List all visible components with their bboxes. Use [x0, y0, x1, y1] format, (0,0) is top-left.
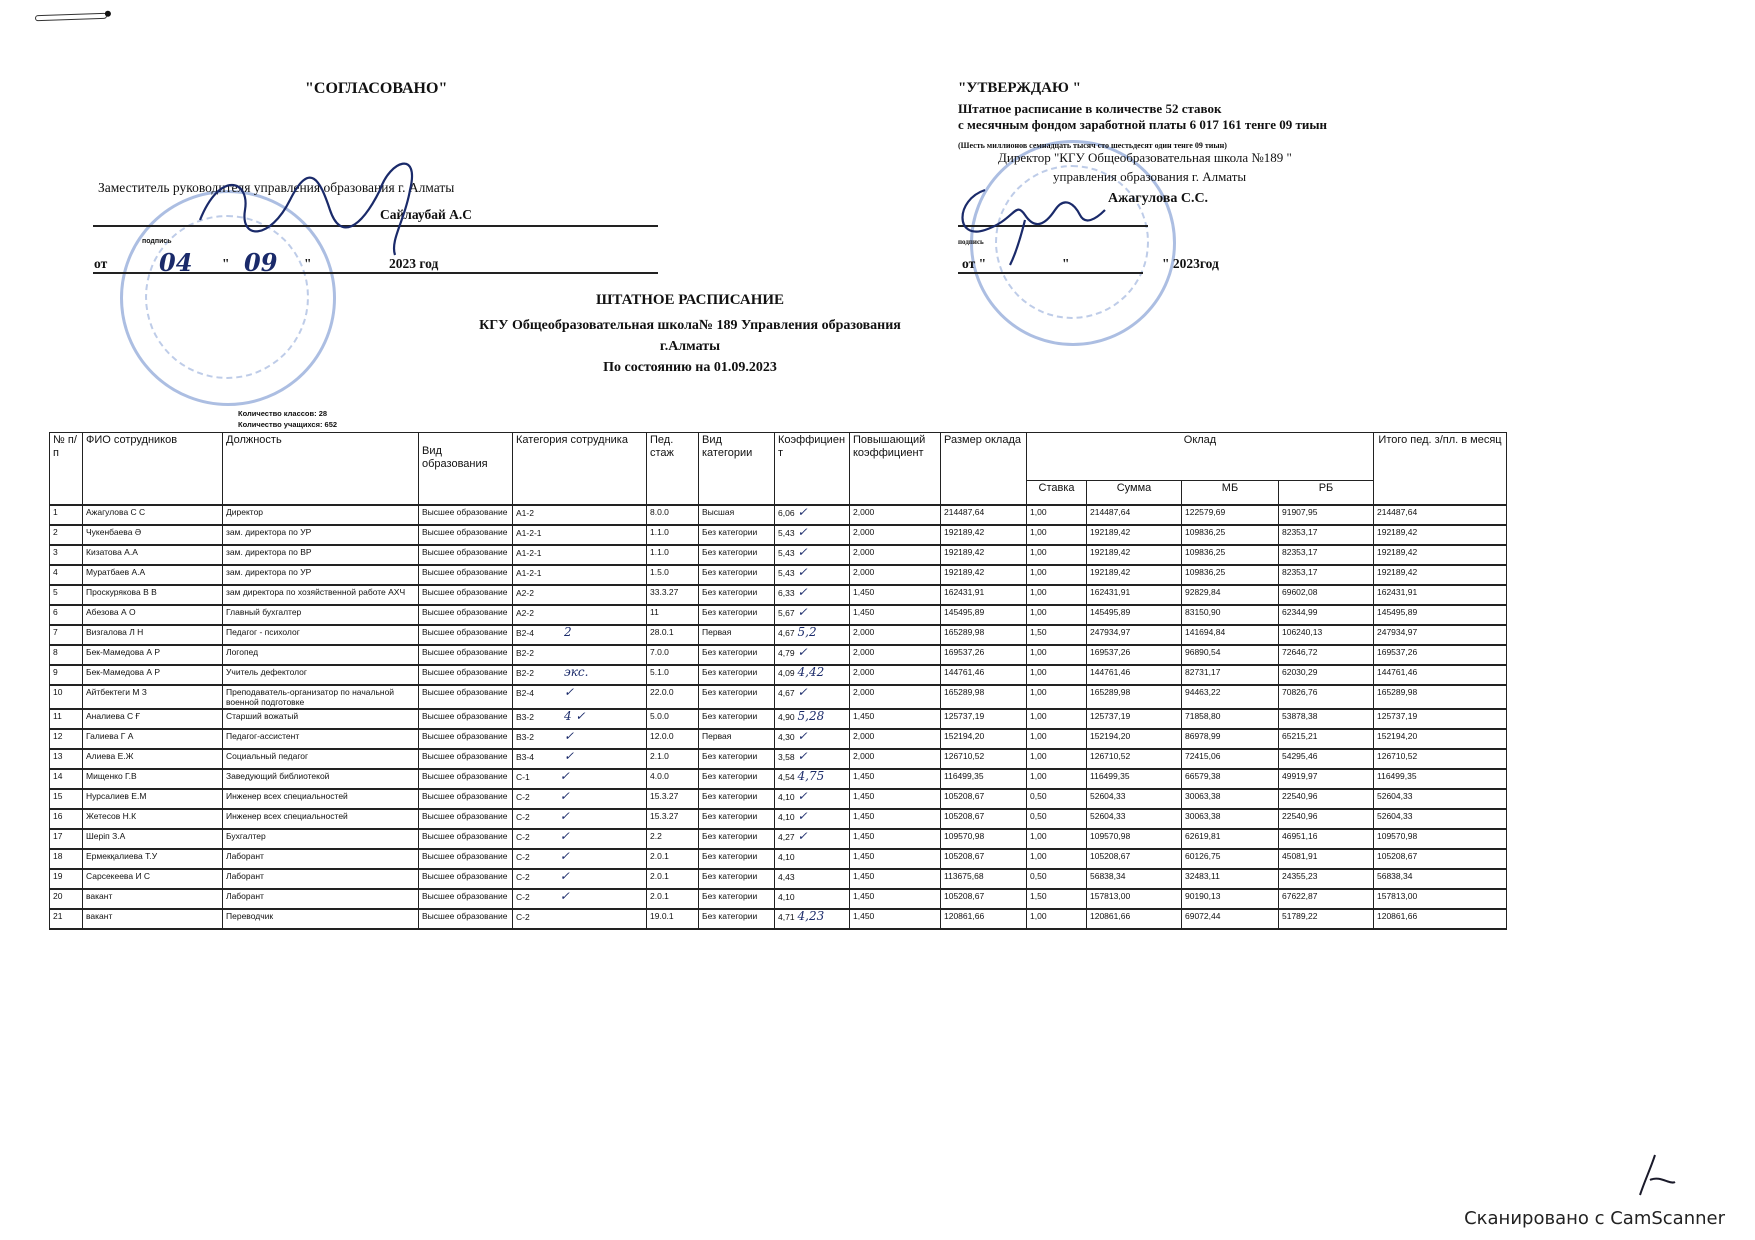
cell-name-value: Муратбаев А.А [86, 567, 145, 577]
cell-position: Педагог - психолог [223, 625, 419, 645]
cell-raise-value: 2,000 [853, 627, 874, 637]
cell-total: 52604,33 [1374, 789, 1507, 809]
cell-name-value: Аналиева С Ғ [86, 711, 140, 721]
cell-name-value: Бек-Мамедова А Р [86, 647, 160, 657]
cell-cat-value: В2-2 [516, 668, 534, 678]
cell-base-value: 169537,26 [944, 647, 984, 657]
approved-name: Ажагулова С.С. [1108, 191, 1327, 207]
cell-rate-value: 0,50 [1030, 811, 1047, 821]
cell-edu: Высшее образование [419, 505, 513, 525]
cell-cat-value: В3-2 [516, 732, 534, 742]
cell-total-value: 192189,42 [1377, 527, 1417, 537]
cell-raise-value: 1,450 [853, 911, 874, 921]
cell-name-value: Алиева Е.Ж [86, 751, 134, 761]
cell-cat-value: А1-2 [516, 508, 534, 518]
cell-base: 165289,98 [941, 685, 1027, 709]
cell-coef: 4,27✓ [775, 829, 850, 849]
cell-exp-value: 28.0.1 [650, 627, 674, 637]
cell-sum: 157813,00 [1087, 889, 1182, 909]
cell-coef-value: 6,06 [778, 508, 795, 518]
cell-name: Сарсекеева И С [83, 869, 223, 889]
agreed-sign-label: подпись [142, 238, 172, 245]
cell-edu-value: Высшее образование [422, 667, 507, 677]
cell-rb: 53878,38 [1279, 709, 1374, 729]
cell-rb-value: 53878,38 [1282, 711, 1317, 721]
cell-total-value: 152194,20 [1377, 731, 1417, 741]
cell-total-value: 109570,98 [1377, 831, 1417, 841]
cell-exp-value: 2.0.1 [650, 891, 669, 901]
cell-rb-value: 51789,22 [1282, 911, 1317, 921]
cell-raise-value: 2,000 [853, 527, 874, 537]
cell-base-value: 192189,42 [944, 567, 984, 577]
cell-rb: 54295,46 [1279, 749, 1374, 769]
cell-mb: 90190,13 [1182, 889, 1279, 909]
cell-coef-value: 4,10 [778, 852, 795, 862]
cell-total-value: 56838,34 [1377, 871, 1412, 881]
cell-cat-value: С-2 [516, 792, 530, 802]
cell-position: зам директора по хозяйственной работе АХ… [223, 585, 419, 605]
cell-edu-value: Высшее образование [422, 871, 507, 881]
camscanner-watermark: Сканировано с CamScanner [1464, 1208, 1725, 1229]
cell-exp: 2.0.1 [647, 889, 699, 909]
cell-sum: 52604,33 [1087, 809, 1182, 829]
cell-n: 17 [50, 829, 83, 849]
handwritten-note: ✓ [560, 769, 570, 783]
cell-exp: 1.1.0 [647, 525, 699, 545]
cell-n-value: 3 [53, 547, 58, 557]
cell-sum-value: 192189,42 [1090, 527, 1130, 537]
cell-base-value: 152194,20 [944, 731, 984, 741]
cell-cat: С-1✓ [513, 769, 647, 789]
cell-name: Ермекқалиева Т.У [83, 849, 223, 869]
cell-cat: С-2✓ [513, 809, 647, 829]
cell-coef-value: 6,33 [778, 588, 795, 598]
cell-name: Шерiп З.А [83, 829, 223, 849]
cell-coef: 6,33✓ [775, 585, 850, 605]
cell-exp-value: 19.0.1 [650, 911, 674, 921]
cell-cat-value: С-2 [516, 872, 530, 882]
cell-base-value: 192189,42 [944, 547, 984, 557]
cell-n: 18 [50, 849, 83, 869]
cell-exp-value: 4.0.0 [650, 771, 669, 781]
cell-cat_type: Высшая [699, 505, 775, 525]
cell-mb: 92829,84 [1182, 585, 1279, 605]
cell-base-value: 126710,52 [944, 751, 984, 761]
cell-edu: Высшее образование [419, 709, 513, 729]
cell-n: 13 [50, 749, 83, 769]
cell-n-value: 13 [53, 751, 62, 761]
cell-base: 162431,91 [941, 585, 1027, 605]
cell-name: Кизатова А.А [83, 545, 223, 565]
cell-position-value: Инженер всех специальностей [226, 811, 348, 821]
cell-sum-value: 105208,67 [1090, 851, 1130, 861]
cell-sum-value: 214487,64 [1090, 507, 1130, 517]
cell-cat_type-value: Без категории [702, 831, 757, 841]
cell-exp-value: 1.5.0 [650, 567, 669, 577]
cell-sum-value: 169537,26 [1090, 647, 1130, 657]
cell-base-value: 109570,98 [944, 831, 984, 841]
table-row: 1Ажагулова С СДиректорВысшее образование… [50, 505, 1507, 525]
cell-raise-value: 2,000 [853, 751, 874, 761]
table-row: 14Мищенко Г.ВЗаведующий библиотекойВысше… [50, 769, 1507, 789]
cell-n-value: 15 [53, 791, 62, 801]
cell-sum-value: 152194,20 [1090, 731, 1130, 741]
cell-edu-value: Высшее образование [422, 627, 507, 637]
cell-n-value: 17 [53, 831, 62, 841]
cell-n-value: 6 [53, 607, 58, 617]
approved-line4: Директор "КГУ Общеобразовательная школа … [998, 150, 1327, 166]
cell-name: Алиева Е.Ж [83, 749, 223, 769]
table-row: 13Алиева Е.ЖСоциальный педагогВысшее обр… [50, 749, 1507, 769]
cell-base-value: 192189,42 [944, 527, 984, 537]
cell-rb-value: 62030,29 [1282, 667, 1317, 677]
cell-raise-value: 2,000 [853, 667, 874, 677]
cell-exp: 7.0.0 [647, 645, 699, 665]
handwritten-note: 2 [564, 625, 572, 639]
cell-rb: 62344,99 [1279, 605, 1374, 625]
cell-total-value: 52604,33 [1377, 791, 1412, 801]
cell-raise-value: 2,000 [853, 647, 874, 657]
cell-n: 19 [50, 869, 83, 889]
cell-sum-value: 192189,42 [1090, 567, 1130, 577]
cell-name-value: Проскурякова В В [86, 587, 157, 597]
handwritten-note: ✓ [798, 545, 808, 559]
header-raise-coef: Повышающий коэффициент [850, 433, 941, 505]
cell-exp: 28.0.1 [647, 625, 699, 645]
cell-sum: 145495,89 [1087, 605, 1182, 625]
cell-total-value: 120861,66 [1377, 911, 1417, 921]
cell-cat_type: Без категории [699, 545, 775, 565]
cell-name: Айтбектеги М З [83, 685, 223, 709]
cell-cat-value: А1-2-1 [516, 568, 542, 578]
cell-exp-value: 5.1.0 [650, 667, 669, 677]
cell-position: зам. директора по ВР [223, 545, 419, 565]
cell-position: Преподаватель-организатор по начальной в… [223, 685, 419, 709]
cell-total-value: 52604,33 [1377, 811, 1412, 821]
cell-edu: Высшее образование [419, 605, 513, 625]
cell-cat_type-value: Без категории [702, 587, 757, 597]
cell-n-value: 16 [53, 811, 62, 821]
staff-table-body: 1Ажагулова С СДиректорВысшее образование… [50, 505, 1507, 929]
approved-date: от " " " 2023год [962, 256, 1292, 272]
cell-position-value: Бухгалтер [226, 831, 266, 841]
cell-mb: 72415,06 [1182, 749, 1279, 769]
cell-cat: А1-2 [513, 505, 647, 525]
cell-n: 5 [50, 585, 83, 605]
cell-cat: В2-2 [513, 645, 647, 665]
cell-sum-value: 144761,46 [1090, 667, 1130, 677]
cell-n-value: 9 [53, 667, 58, 677]
cell-coef-value: 4,71 [778, 912, 795, 922]
cell-n-value: 5 [53, 587, 58, 597]
cell-base-value: 145495,89 [944, 607, 984, 617]
cell-cat: С-2✓ [513, 869, 647, 889]
handwritten-note: ✓ [560, 789, 570, 803]
cell-name-value: Ермекқалиева Т.У [86, 851, 157, 861]
cell-n: 15 [50, 789, 83, 809]
table-row: 9Бек-Мамедова А РУчитель дефектологВысше… [50, 665, 1507, 685]
handwritten-note: ✓ [798, 789, 808, 803]
handwritten-note: ✓ [560, 809, 570, 823]
cell-rate-value: 1,00 [1030, 647, 1047, 657]
cell-sum: 214487,64 [1087, 505, 1182, 525]
cell-sum-value: 125737,19 [1090, 711, 1130, 721]
cell-cat_type-value: Без категории [702, 751, 757, 761]
handwritten-note: 4 ✓ [564, 709, 586, 723]
cell-sum: 152194,20 [1087, 729, 1182, 749]
handwritten-note: 5,2 [798, 625, 817, 639]
cell-sum: 105208,67 [1087, 849, 1182, 869]
table-row: 20вакантЛаборантВысшее образованиеС-2✓2.… [50, 889, 1507, 909]
cell-mb: 141694,84 [1182, 625, 1279, 645]
cell-rate: 1,00 [1027, 769, 1087, 789]
cell-name: Аналиева С Ғ [83, 709, 223, 729]
cell-mb-value: 109836,25 [1185, 547, 1225, 557]
cell-position-value: Заведующий библиотекой [226, 771, 329, 781]
cell-position-value: зам. директора по УР [226, 527, 311, 537]
cell-exp: 5.0.0 [647, 709, 699, 729]
cell-position: Лаборант [223, 889, 419, 909]
handwritten-note: ✓ [560, 829, 570, 843]
cell-total: 169537,26 [1374, 645, 1507, 665]
cell-mb: 30063,38 [1182, 789, 1279, 809]
cell-name: Мищенко Г.В [83, 769, 223, 789]
cell-raise-value: 1,450 [853, 711, 874, 721]
cell-raise-value: 1,450 [853, 771, 874, 781]
table-row: 4Муратбаев А.Азам. директора по УРВысшее… [50, 565, 1507, 585]
approved-date-year: " 2023год [1162, 256, 1219, 272]
cell-cat_type: Без категории [699, 585, 775, 605]
cell-name: Визгалова Л Н [83, 625, 223, 645]
cell-rate-value: 1,00 [1030, 507, 1047, 517]
cell-name-value: Сарсекеева И С [86, 871, 150, 881]
cell-cat_type: Без категории [699, 565, 775, 585]
agreed-date-line [93, 272, 658, 274]
cell-n-value: 14 [53, 771, 62, 781]
cell-position: Логопед [223, 645, 419, 665]
approved-sign-label: подпись [958, 238, 984, 246]
cell-exp: 12.0.0 [647, 729, 699, 749]
cell-cat_type: Без категории [699, 709, 775, 729]
cell-cat: А2-2 [513, 585, 647, 605]
cell-name-value: Жетесов Н.К [86, 811, 136, 821]
cell-sum-value: 116499,35 [1090, 771, 1130, 781]
cell-raise: 1,450 [850, 769, 941, 789]
cell-rate: 0,50 [1027, 809, 1087, 829]
cell-exp: 15.3.27 [647, 789, 699, 809]
cell-cat_type: Без категории [699, 829, 775, 849]
cell-cat: С-2✓ [513, 849, 647, 869]
cell-coef: 4,30✓ [775, 729, 850, 749]
handwritten-note: ✓ [798, 729, 808, 743]
cell-exp-value: 1.1.0 [650, 527, 669, 537]
cell-position-value: зам. директора по ВР [226, 547, 312, 557]
cell-coef: 4,675,2 [775, 625, 850, 645]
cell-edu-value: Высшее образование [422, 771, 507, 781]
cell-base-value: 120861,66 [944, 911, 984, 921]
cell-raise: 1,450 [850, 889, 941, 909]
header-num: № п/п [50, 433, 83, 505]
cell-cat-value: В3-4 [516, 752, 534, 762]
cell-total-value: 165289,98 [1377, 687, 1417, 697]
header-education: Вид образования [419, 433, 513, 505]
cell-base: 126710,52 [941, 749, 1027, 769]
cell-cat-value: В2-4 [516, 688, 534, 698]
cell-exp-value: 12.0.0 [650, 731, 674, 741]
cell-position: зам. директора по УР [223, 565, 419, 585]
cell-sum: 162431,91 [1087, 585, 1182, 605]
cell-total-value: 144761,46 [1377, 667, 1417, 677]
cell-rb-value: 69602,08 [1282, 587, 1317, 597]
cell-rate: 1,00 [1027, 545, 1087, 565]
table-row: 8Бек-Мамедова А РЛогопедВысшее образован… [50, 645, 1507, 665]
cell-rate-value: 1,00 [1030, 771, 1047, 781]
cell-n: 1 [50, 505, 83, 525]
cell-mb-value: 66579,38 [1185, 771, 1220, 781]
cell-raise: 1,450 [850, 585, 941, 605]
cell-cat_type: Первая [699, 729, 775, 749]
cell-name-value: Чукенбаева Ә [86, 527, 141, 537]
cell-cat_type-value: Без категории [702, 871, 757, 881]
cell-edu: Высшее образование [419, 685, 513, 709]
cell-cat_type-value: Без категории [702, 687, 757, 697]
handwritten-note: ✓ [798, 685, 808, 699]
cell-cat_type-value: Без категории [702, 647, 757, 657]
cell-sum-value: 192189,42 [1090, 547, 1130, 557]
cell-position-value: Старший вожатый [226, 711, 298, 721]
cell-raise: 2,000 [850, 665, 941, 685]
cell-coef: 6,06✓ [775, 505, 850, 525]
cell-cat_type-value: Без категории [702, 607, 757, 617]
cell-base-value: 116499,35 [944, 771, 984, 781]
handwritten-note: 4,23 [798, 909, 825, 923]
cell-total: 105208,67 [1374, 849, 1507, 869]
cell-cat_type: Без категории [699, 749, 775, 769]
cell-n-value: 8 [53, 647, 58, 657]
cell-rb-value: 82353,17 [1282, 527, 1317, 537]
cell-n-value: 19 [53, 871, 62, 881]
cell-edu-value: Высшее образование [422, 831, 507, 841]
cell-coef: 4,10✓ [775, 789, 850, 809]
cell-raise: 2,000 [850, 685, 941, 709]
handwritten-note: 5,28 [798, 709, 825, 723]
cell-coef: 4,10✓ [775, 809, 850, 829]
cell-cat_type-value: Без категории [702, 547, 757, 557]
cell-base: 144761,46 [941, 665, 1027, 685]
cell-raise: 1,450 [850, 605, 941, 625]
cell-coef-value: 5,43 [778, 548, 795, 558]
cell-total: 192189,42 [1374, 545, 1507, 565]
cell-sum: 247934,97 [1087, 625, 1182, 645]
cell-rate-value: 0,50 [1030, 871, 1047, 881]
cell-coef: 5,43✓ [775, 525, 850, 545]
cell-sum: 169537,26 [1087, 645, 1182, 665]
cell-total-value: 105208,67 [1377, 851, 1417, 861]
cell-n-value: 12 [53, 731, 62, 741]
staple-mark [35, 13, 107, 22]
cell-cat_type: Без категории [699, 665, 775, 685]
table-row: 5Проскурякова В Взам директора по хозяйс… [50, 585, 1507, 605]
cell-edu: Высшее образование [419, 889, 513, 909]
cell-coef: 5,67✓ [775, 605, 850, 625]
cell-position: Социальный педагог [223, 749, 419, 769]
cell-raise: 1,450 [850, 809, 941, 829]
cell-n: 20 [50, 889, 83, 909]
cell-name: Ажагулова С С [83, 505, 223, 525]
cell-base: 105208,67 [941, 849, 1027, 869]
cell-coef-value: 4,10 [778, 812, 795, 822]
cell-coef: 4,714,23 [775, 909, 850, 929]
cell-rb-value: 106240,13 [1282, 627, 1322, 637]
cell-cat: В3-2✓ [513, 729, 647, 749]
cell-cat_type-value: Без категории [702, 527, 757, 537]
cell-rate: 1,00 [1027, 505, 1087, 525]
cell-coef-value: 5,43 [778, 568, 795, 578]
cell-n: 4 [50, 565, 83, 585]
cell-rate: 1,00 [1027, 829, 1087, 849]
cell-total-value: 192189,42 [1377, 567, 1417, 577]
cell-rb: 67622,87 [1279, 889, 1374, 909]
cell-raise-value: 1,450 [853, 607, 874, 617]
cell-sum: 165289,98 [1087, 685, 1182, 709]
cell-coef: 4,905,28 [775, 709, 850, 729]
handwritten-note: ✓ [798, 505, 808, 519]
agreed-date-prefix: от [94, 256, 107, 271]
cell-n-value: 4 [53, 567, 58, 577]
cell-rate: 1,00 [1027, 605, 1087, 625]
cell-edu: Высшее образование [419, 525, 513, 545]
cell-cat-value: А2-2 [516, 588, 534, 598]
cell-exp: 33.3.27 [647, 585, 699, 605]
cell-rate-value: 1,00 [1030, 911, 1047, 921]
cell-cat_type-value: Без категории [702, 891, 757, 901]
cell-edu-value: Высшее образование [422, 647, 507, 657]
handwritten-note: 4,42 [798, 665, 825, 679]
cell-cat_type-value: Высшая [702, 507, 734, 517]
cell-rate: 1,00 [1027, 685, 1087, 709]
cell-exp: 1.5.0 [647, 565, 699, 585]
cell-total: 214487,64 [1374, 505, 1507, 525]
cell-base: 125737,19 [941, 709, 1027, 729]
cell-n: 11 [50, 709, 83, 729]
cell-cat-value: А1-2-1 [516, 548, 542, 558]
cell-position: Инженер всех специальностей [223, 789, 419, 809]
staff-table: № п/п ФИО сотрудников Должность Вид обра… [49, 432, 1507, 930]
cell-edu: Высшее образование [419, 729, 513, 749]
cell-cat_type-value: Без категории [702, 567, 757, 577]
cell-total: 144761,46 [1374, 665, 1507, 685]
table-row: 17Шерiп З.АБухгалтерВысшее образованиеС-… [50, 829, 1507, 849]
cell-name: Бек-Мамедова А Р [83, 645, 223, 665]
cell-cat-value: А2-2 [516, 608, 534, 618]
cell-cat-value: А1-2-1 [516, 528, 542, 538]
cell-coef: 4,10 [775, 849, 850, 869]
cell-total-value: 162431,91 [1377, 587, 1417, 597]
cell-coef-value: 4,09 [778, 668, 795, 678]
cell-mb: 94463,22 [1182, 685, 1279, 709]
cell-position: Заведующий библиотекой [223, 769, 419, 789]
cell-coef-value: 4,27 [778, 832, 795, 842]
cell-sum: 126710,52 [1087, 749, 1182, 769]
cell-total: 162431,91 [1374, 585, 1507, 605]
cell-cat-value: С-2 [516, 912, 530, 922]
cell-rate-value: 1,00 [1030, 607, 1047, 617]
cell-total-value: 157813,00 [1377, 891, 1417, 901]
cell-total-value: 247934,97 [1377, 627, 1417, 637]
cell-mb-value: 94463,22 [1185, 687, 1220, 697]
cell-exp: 2.1.0 [647, 749, 699, 769]
cell-name: Нурсалиев Е.М [83, 789, 223, 809]
